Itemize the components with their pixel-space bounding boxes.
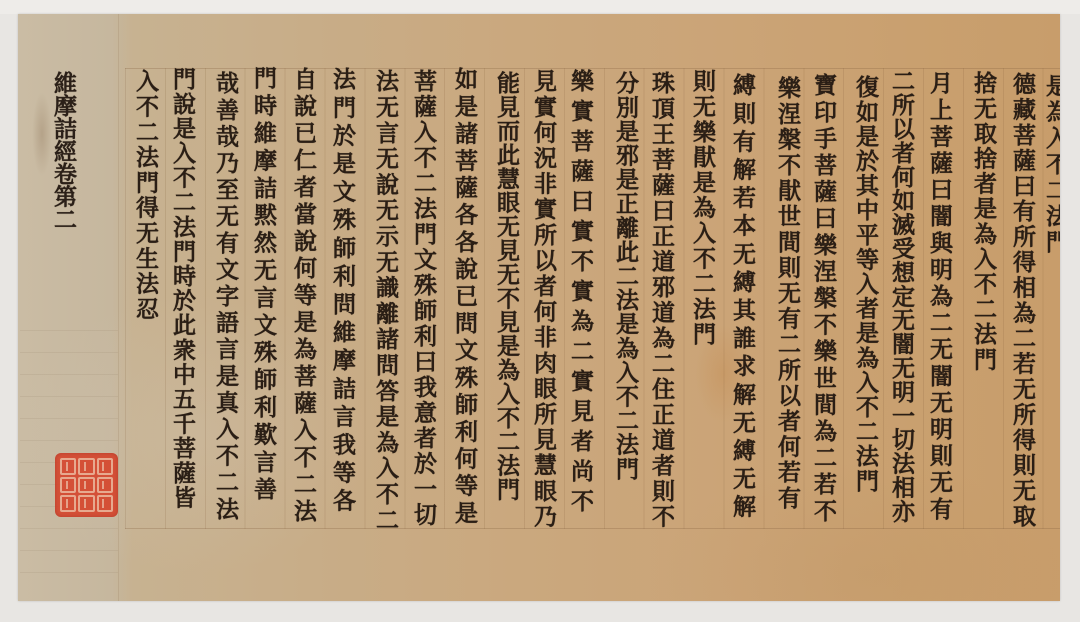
text-column-5: 二所以者何如滅受想定无闇无明一切法相亦 — [889, 69, 913, 523]
seal-glyph — [97, 477, 113, 494]
text-column-24: 入不二法門得无生法忍 — [133, 69, 157, 322]
text-column-15: 能見而此慧眼无見无不見是為入不二法門 — [494, 71, 518, 501]
text-column-8: 樂涅槃不猒世間則无有二所以者何若有 — [775, 76, 799, 511]
seal-glyph — [60, 477, 76, 494]
text-column-20: 自說已仁者當說何等是為菩薩入不二法 — [291, 67, 315, 526]
text-column-14: 見實何況非實所以者何非肉眼所見慧眼乃 — [531, 69, 555, 530]
text-column-19: 法門於是文殊師利問維摩詰言我等各 — [330, 67, 354, 517]
sutra-title-column: 維摩詰經卷第二 — [51, 71, 75, 230]
paper-seam — [118, 14, 119, 601]
outer-frame — [0, 0, 1080, 14]
text-column-18: 法无言无說无示无識離諸問答是為入不二 — [373, 69, 397, 533]
text-column-2: 德藏菩薩曰有所得相為二若无所得則无取 — [1010, 72, 1034, 529]
text-column-6: 復如是於其中平等入者是為入不二法門 — [853, 75, 877, 493]
text-column-3: 捨无取捨者是為入不二法門 — [971, 71, 995, 372]
manuscript-scroll: 是為入不二法門 德藏菩薩曰有所得相為二若无所得則无取 捨无取捨者是為入不二法門 … — [18, 14, 1060, 601]
text-column-11: 珠頂王菩薩曰正道邪道為二住正道者則不 — [649, 71, 673, 530]
text-column-12: 分別是邪是正離此二法是為入不二法門 — [613, 71, 637, 481]
seal-glyph — [97, 495, 113, 512]
text-column-23: 門說是入不二法門時於此衆中五千菩薩皆 — [170, 67, 194, 510]
red-seal-stamp — [55, 453, 118, 517]
text-column-22: 哉善哉乃至无有文字語言是真入不二法 — [213, 71, 237, 523]
text-column-9: 縛則有解若本无縛其誰求解无縛无解 — [730, 73, 754, 523]
seal-glyph — [78, 495, 94, 512]
text-column-17: 菩薩入不二法門文殊師利曰我意者於一切 — [411, 69, 435, 528]
text-column-21: 門時維摩詰黙然无言文殊師利歎言善 — [251, 66, 275, 504]
seal-glyph — [60, 458, 76, 475]
text-column-4: 月上菩薩曰闇與明為二无闇无明則无有 — [927, 71, 951, 523]
text-column-7: 寶印手菩薩曰樂涅槃不樂世間為二若不 — [811, 73, 835, 525]
seal-glyph — [60, 495, 76, 512]
text-column-13: 樂實菩薩曰實不實為二實見者尚不 — [568, 69, 592, 519]
text-column-1: 是為入不二法門 — [1043, 74, 1060, 256]
seal-glyph — [78, 458, 94, 475]
text-column-10: 則无樂猒是為入不二法門 — [690, 69, 714, 347]
text-column-16: 如是諸菩薩各各說已問文殊師利何等是 — [452, 67, 476, 528]
seal-glyph — [97, 458, 113, 475]
seal-glyph — [78, 477, 94, 494]
scroll-content: 是為入不二法門 德藏菩薩曰有所得相為二若无所得則无取 捨无取捨者是為入不二法門 … — [18, 14, 1060, 601]
